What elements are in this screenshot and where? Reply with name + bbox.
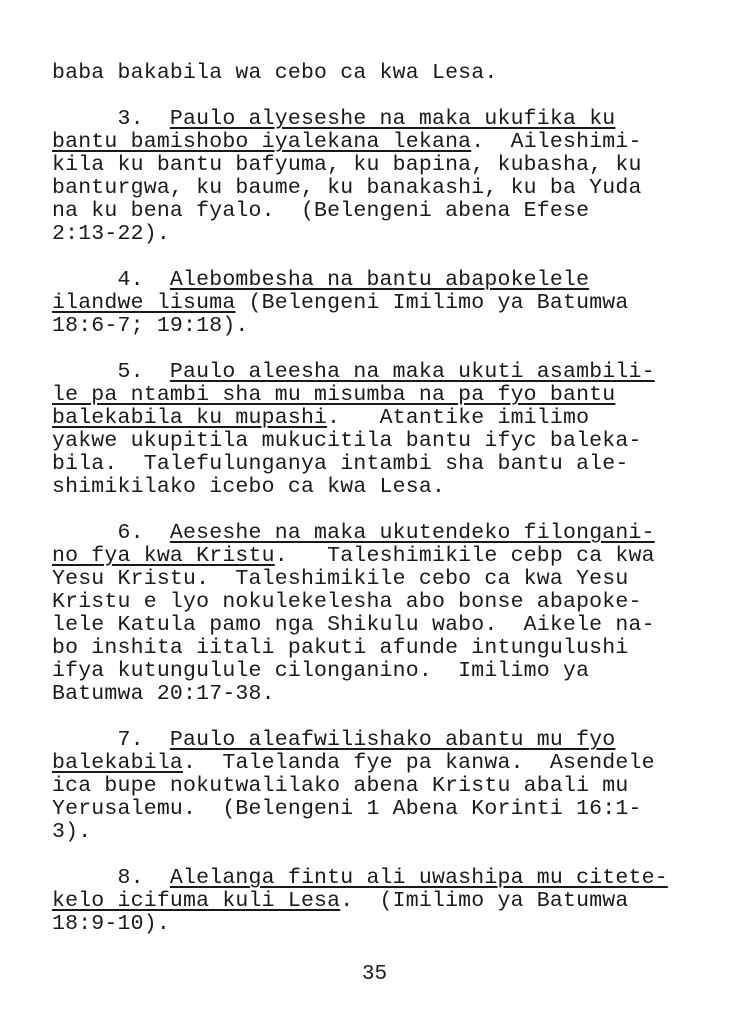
underlined-text: le pa ntambi sha mu misumba na pa fyo ba… — [52, 383, 615, 407]
page-number: 35 — [0, 963, 749, 986]
text-run: bila. Talefulunganya intambi sha bantu a… — [52, 452, 629, 476]
underlined-text: Alebombesha na bantu abapokelele — [170, 268, 589, 292]
text-run: baba bakabila wa cebo ca kwa Lesa. — [52, 61, 497, 85]
text-run: 5. — [52, 360, 170, 384]
text-line: ica bupe nokutwalilako abena Kristu abal… — [52, 775, 668, 798]
underlined-text: Paulo aleafwilishako abantu mu fyo — [170, 728, 615, 752]
text-run: yakwe ukupitila mukucitila bantu ifyc ba… — [52, 429, 642, 453]
text-run: (Belengeni Imilimo ya Batumwa — [235, 291, 628, 315]
text-line: 3). — [52, 821, 668, 844]
text-line: shimikilako icebo ca kwa Lesa. — [52, 476, 668, 499]
underlined-text: Paulo aleesha na maka ukuti asambili- — [170, 360, 655, 384]
paragraph-item-5: 5. Paulo aleesha na maka ukuti asambili-… — [52, 361, 668, 499]
text-line: banturgwa, ku baume, ku banakashi, ku ba… — [52, 177, 668, 200]
text-run: Batumwa 20:17-38. — [52, 682, 275, 706]
paragraph-item-3: 3. Paulo alyeseshe na maka ukufika kuban… — [52, 108, 668, 246]
document-body: baba bakabila wa cebo ca kwa Lesa. 3. Pa… — [52, 62, 668, 959]
text-run: ica bupe nokutwalilako abena Kristu abal… — [52, 774, 629, 798]
text-line: 6. Aeseshe na maka ukutendeko filongani- — [52, 522, 668, 545]
text-line: le pa ntambi sha mu misumba na pa fyo ba… — [52, 384, 668, 407]
text-line: bo inshita iitali pakuti afunde intungul… — [52, 637, 668, 660]
text-run: lele Katula pamo nga Shikulu wabo. Aikel… — [52, 613, 655, 637]
text-line: 2:13-22). — [52, 223, 668, 246]
text-line: Yesu Kristu. Taleshimikile cebo ca kwa Y… — [52, 568, 668, 591]
text-run: 6. — [52, 521, 170, 545]
text-run: . Atantike imilimo — [327, 406, 589, 430]
text-line: 4. Alebombesha na bantu abapokelele — [52, 269, 668, 292]
text-run: 3). — [52, 820, 91, 844]
text-run: 8. — [52, 866, 170, 890]
underlined-text: kelo icifuma kuli Lesa — [52, 889, 340, 913]
underlined-text: Alelanga fintu ali uwashipa mu citete- — [170, 866, 668, 890]
text-line: 18:9-10). — [52, 913, 668, 936]
text-run: 18:6-7; 19:18). — [52, 314, 249, 338]
text-line: bila. Talefulunganya intambi sha bantu a… — [52, 453, 668, 476]
text-run: shimikilako icebo ca kwa Lesa. — [52, 475, 445, 499]
text-run: kila ku bantu bafyuma, ku bapina, kubash… — [52, 153, 642, 177]
underlined-text: bantu bamishobo iyalekana lekana — [52, 130, 471, 154]
text-line: balekabila ku mupashi. Atantike imilimo — [52, 407, 668, 430]
text-run: Yerusalemu. (Belengeni 1 Abena Korinti 1… — [52, 797, 642, 821]
underlined-text: no fya kwa Kristu — [52, 544, 275, 568]
text-run: 4. — [52, 268, 170, 292]
paragraph-item-7: 7. Paulo aleafwilishako abantu mu fyobal… — [52, 729, 668, 844]
text-line: 8. Alelanga fintu ali uwashipa mu citete… — [52, 867, 668, 890]
text-run: na ku bena fyalo. (Belengeni abena Efese — [52, 199, 589, 223]
text-line: Kristu e lyo nokulekelesha abo bonse aba… — [52, 591, 668, 614]
underlined-text: Paulo alyeseshe na maka ukufika ku — [170, 107, 615, 131]
underlined-text: ilandwe lisuma — [52, 291, 235, 315]
text-line: Yerusalemu. (Belengeni 1 Abena Korinti 1… — [52, 798, 668, 821]
paragraph-continuation: baba bakabila wa cebo ca kwa Lesa. — [52, 62, 668, 85]
text-run: 2:13-22). — [52, 222, 170, 246]
text-run: . Talelanda fye pa kanwa. Asendele — [183, 751, 655, 775]
text-run: ifya kutungulule cilonganino. Imilimo ya — [52, 659, 589, 683]
text-line: na ku bena fyalo. (Belengeni abena Efese — [52, 200, 668, 223]
text-line: no fya kwa Kristu. Taleshimikile cebp ca… — [52, 545, 668, 568]
underlined-text: balekabila ku mupashi — [52, 406, 327, 430]
text-line: yakwe ukupitila mukucitila bantu ifyc ba… — [52, 430, 668, 453]
text-line: ilandwe lisuma (Belengeni Imilimo ya Bat… — [52, 292, 668, 315]
text-run: 18:9-10). — [52, 912, 170, 936]
paragraph-item-6: 6. Aeseshe na maka ukutendeko filongani-… — [52, 522, 668, 706]
text-run: banturgwa, ku baume, ku banakashi, ku ba… — [52, 176, 642, 200]
paragraph-item-8: 8. Alelanga fintu ali uwashipa mu citete… — [52, 867, 668, 936]
text-run: . Taleshimikile cebp ca kwa — [275, 544, 655, 568]
text-run: . Aileshimi- — [471, 130, 641, 154]
text-run: . (Imilimo ya Batumwa — [340, 889, 628, 913]
text-line: bantu bamishobo iyalekana lekana. Ailesh… — [52, 131, 668, 154]
text-line: baba bakabila wa cebo ca kwa Lesa. — [52, 62, 668, 85]
underlined-text: balekabila — [52, 751, 183, 775]
text-line: lele Katula pamo nga Shikulu wabo. Aikel… — [52, 614, 668, 637]
text-line: 5. Paulo aleesha na maka ukuti asambili- — [52, 361, 668, 384]
text-run: 3. — [52, 107, 170, 131]
text-line: 3. Paulo alyeseshe na maka ukufika ku — [52, 108, 668, 131]
text-line: kelo icifuma kuli Lesa. (Imilimo ya Batu… — [52, 890, 668, 913]
text-run: Yesu Kristu. Taleshimikile cebo ca kwa Y… — [52, 567, 629, 591]
text-line: kila ku bantu bafyuma, ku bapina, kubash… — [52, 154, 668, 177]
text-line: balekabila. Talelanda fye pa kanwa. Asen… — [52, 752, 668, 775]
underlined-text: Aeseshe na maka ukutendeko filongani- — [170, 521, 655, 545]
text-run: Kristu e lyo nokulekelesha abo bonse aba… — [52, 590, 642, 614]
text-line: Batumwa 20:17-38. — [52, 683, 668, 706]
text-line: 18:6-7; 19:18). — [52, 315, 668, 338]
paragraph-item-4: 4. Alebombesha na bantu abapokeleleiland… — [52, 269, 668, 338]
text-run: bo inshita iitali pakuti afunde intungul… — [52, 636, 629, 660]
text-line: ifya kutungulule cilonganino. Imilimo ya — [52, 660, 668, 683]
text-line: 7. Paulo aleafwilishako abantu mu fyo — [52, 729, 668, 752]
text-run: 7. — [52, 728, 170, 752]
